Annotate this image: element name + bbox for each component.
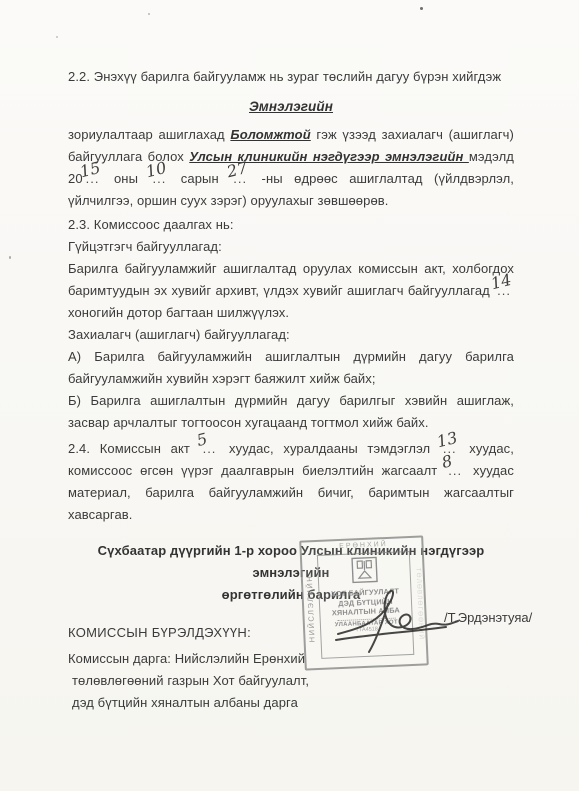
paragraph-contractor-duty: Барилга байгууламжийг ашиглалтад оруулах… bbox=[68, 258, 514, 324]
paragraph-2-2-text: 2.2. Энэхүү барилга байгууламж нь зураг … bbox=[68, 69, 501, 84]
scan-speck bbox=[56, 36, 58, 38]
blank-dots: ... bbox=[497, 283, 511, 298]
client-label: Захиалагч (ашиглагч) байгууллагад: bbox=[68, 324, 514, 346]
stamp-code: ТТА4518 bbox=[355, 626, 378, 633]
item-a-paragraph: А) Барилга байгууламжийн ашиглалтын дүрм… bbox=[68, 346, 514, 390]
stamp-right-text: ТӨЛӨВЛӨГӨӨНИЙ bbox=[414, 555, 425, 651]
emphasis-possible: Боломжтой bbox=[230, 127, 310, 142]
building-title: Сүхбаатар дүүргийн 1-р хороо Улсын клини… bbox=[68, 540, 514, 606]
days-blank: ...14 bbox=[494, 280, 514, 302]
blank-dots: ... bbox=[448, 463, 462, 478]
scan-speck bbox=[9, 256, 11, 259]
text-segment: зориулалтаар ашиглахад bbox=[68, 127, 230, 142]
blank-dots: ... bbox=[233, 171, 247, 186]
act-pages-blank: ...5 bbox=[200, 438, 220, 460]
scan-speck bbox=[420, 7, 423, 10]
day-blank: ...27 bbox=[230, 168, 250, 190]
chairman-line2: төлөвлөгөөний газрын Хот байгуулалт, bbox=[68, 670, 358, 692]
blank-dots: ... bbox=[203, 441, 217, 456]
paragraph-2-4: 2.4. Комиссын акт ...5 хуудас, хуралдаан… bbox=[68, 438, 514, 526]
blank-dots: ... bbox=[86, 171, 100, 186]
scanned-document-page: 2.2. Энэхүү барилга байгууламж нь зураг … bbox=[0, 0, 579, 791]
paragraph-2-3-heading: 2.3. Комиссоос даалгах нь: bbox=[68, 214, 514, 236]
building-title-line2: өргөтгөлийн барилга bbox=[68, 584, 514, 606]
paragraph-2-2-body: зориулалтаар ашиглахад Боломжтой гэж үзэ… bbox=[68, 124, 514, 212]
text-segment: 2.4. Комиссын акт bbox=[68, 441, 200, 456]
text-segment: хоногийн дотор багтаан шилжүүлэх. bbox=[68, 305, 289, 320]
official-stamp: ЕРӨНХИЙ НИЙСЛЭЛИЙН ТӨЛӨВЛӨГӨӨНИЙ ХОТ БАЙ… bbox=[299, 535, 429, 670]
text-segment: оны bbox=[103, 171, 150, 186]
commission-heading: КОМИССЫН БҮРЭЛДЭХҮҮН: bbox=[68, 622, 514, 644]
signatory-name: /Т.Эрдэнэтуяа/ bbox=[444, 610, 532, 625]
blank-dots: ... bbox=[152, 171, 166, 186]
minutes-pages-blank: ...13 bbox=[440, 438, 460, 460]
item-b-paragraph: Б) Барилга ашиглалтын дүрмийн дагуу бари… bbox=[68, 390, 514, 434]
stamp-inner-frame: ХОТ БАЙГУУЛАЛТ ДЭД БҮТЦИЙН ХЯНАЛТЫН АЛБА… bbox=[317, 551, 414, 659]
paragraph-2-2-intro: 2.2. Энэхүү барилга байгууламж нь зураг … bbox=[68, 66, 514, 88]
purpose-heading: Эмнэлэгийн bbox=[68, 96, 514, 118]
chairman-line3: дэд бүтцийн хяналтын албаны дарга bbox=[68, 692, 358, 714]
text-segment: хуудас, хуралдааны тэмдэглэл bbox=[219, 441, 439, 456]
year-blank: ...15 bbox=[83, 168, 103, 190]
contractor-label: Гүйцэтгэгч байгууллагад: bbox=[68, 236, 514, 258]
stamp-department-lines: ХОТ БАЙГУУЛАЛТ ДЭД БҮТЦИЙН ХЯНАЛТЫН АЛБА bbox=[331, 586, 400, 617]
stamp-emblem-icon bbox=[351, 556, 378, 588]
blank-dots: ... bbox=[443, 441, 457, 456]
text-segment: сарын bbox=[169, 171, 230, 186]
emphasis-hospital-name: Улсын клиникийн нэгдүгээр эмнэлэгийн bbox=[189, 149, 469, 164]
stamp-left-text: НИЙСЛЭЛИЙН bbox=[304, 558, 317, 658]
scan-speck bbox=[148, 13, 150, 15]
stamp-top-text: ЕРӨНХИЙ bbox=[315, 540, 411, 551]
stamp-line3: ХЯНАЛТЫН АЛБА bbox=[332, 605, 400, 617]
list-pages-blank: ...8 bbox=[445, 460, 465, 482]
building-title-line1: Сүхбаатар дүүргийн 1-р хороо Улсын клини… bbox=[68, 540, 514, 584]
month-blank: ...10 bbox=[149, 168, 169, 190]
text-segment: Барилга байгууламжийг ашиглалтад оруулах… bbox=[68, 261, 514, 298]
